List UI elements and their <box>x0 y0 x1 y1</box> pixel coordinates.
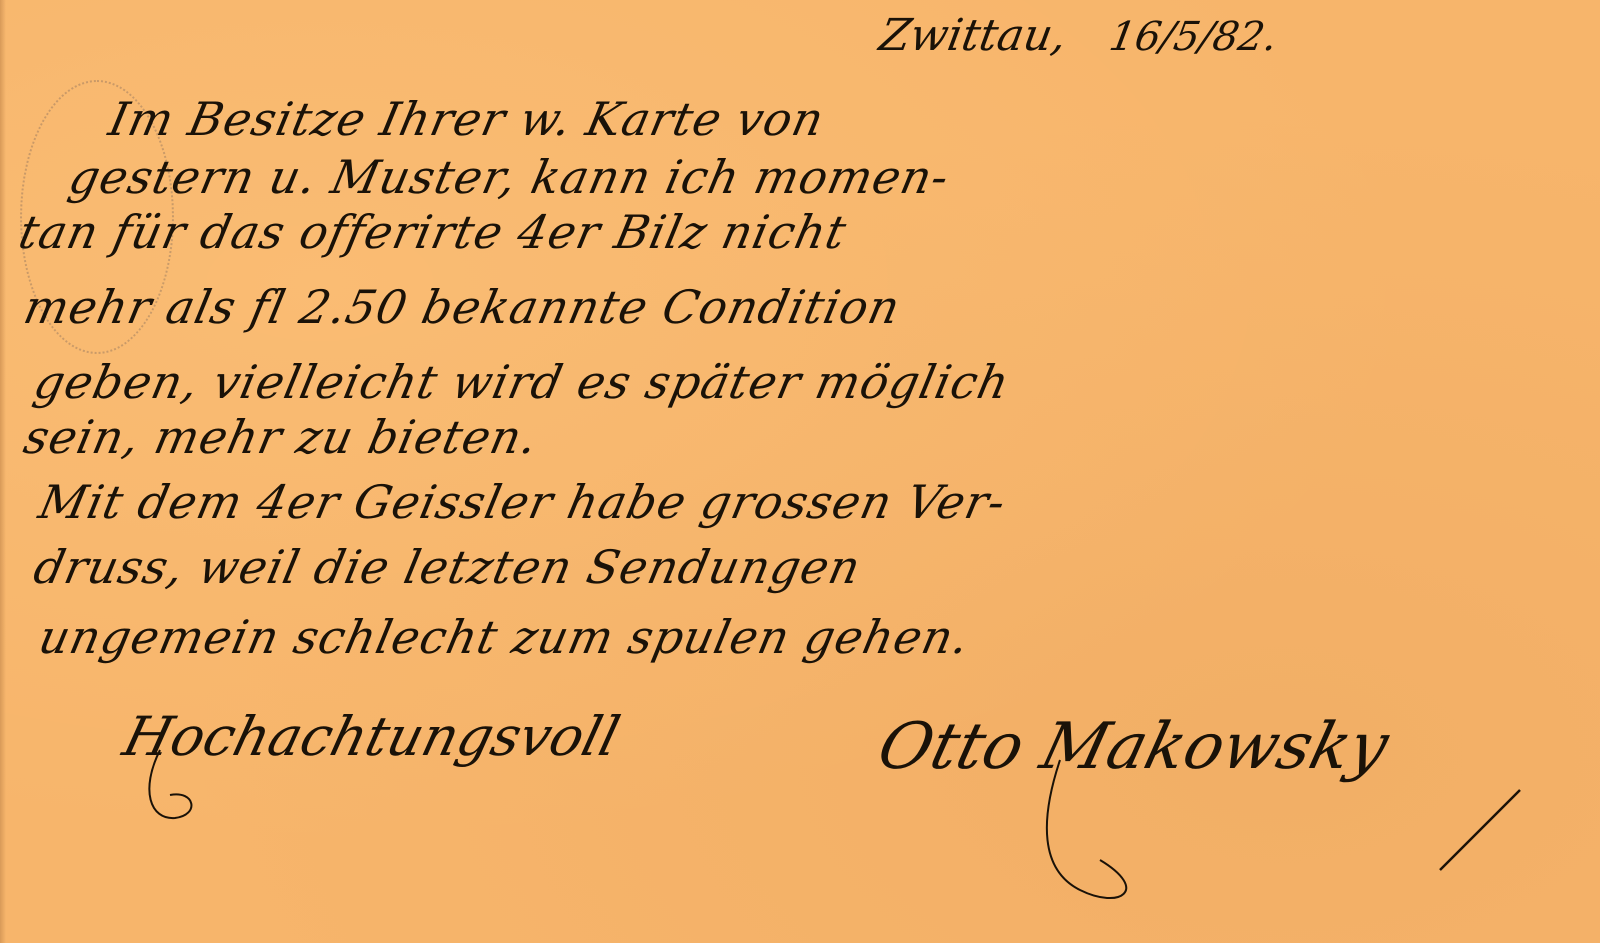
body-line-5: geben, vielleicht wird es später möglich <box>29 355 1014 409</box>
body-line-1: Im Besitze Ihrer w. Karte von <box>104 92 829 146</box>
body-line-7: Mit dem 4er Geissler habe grossen Ver- <box>34 475 1011 529</box>
signature: Otto Makowsky <box>871 710 1396 784</box>
postcard: Zwittau, 16/5/82. Im Besitze Ihrer w. Ka… <box>0 0 1600 943</box>
closing-salutation: Hochachtungsvoll <box>117 705 626 768</box>
date-text: 16/5/82. <box>1106 14 1281 60</box>
dateline: Zwittau, 16/5/82. <box>876 10 1282 61</box>
body-line-9: ungemein schlecht zum spulen gehen. <box>34 610 974 664</box>
body-line-4: mehr als fl 2.50 bekannte Condition <box>19 280 905 334</box>
place-text: Zwittau, <box>876 10 1071 61</box>
body-line-3: tan für das offerirte 4er Bilz nicht <box>14 205 851 259</box>
body-line-6: sein, mehr zu bieten. <box>19 410 543 464</box>
body-line-8: druss, weil die letzten Sendungen <box>29 540 866 594</box>
body-line-2: gestern u. Muster, kann ich momen- <box>64 150 954 204</box>
